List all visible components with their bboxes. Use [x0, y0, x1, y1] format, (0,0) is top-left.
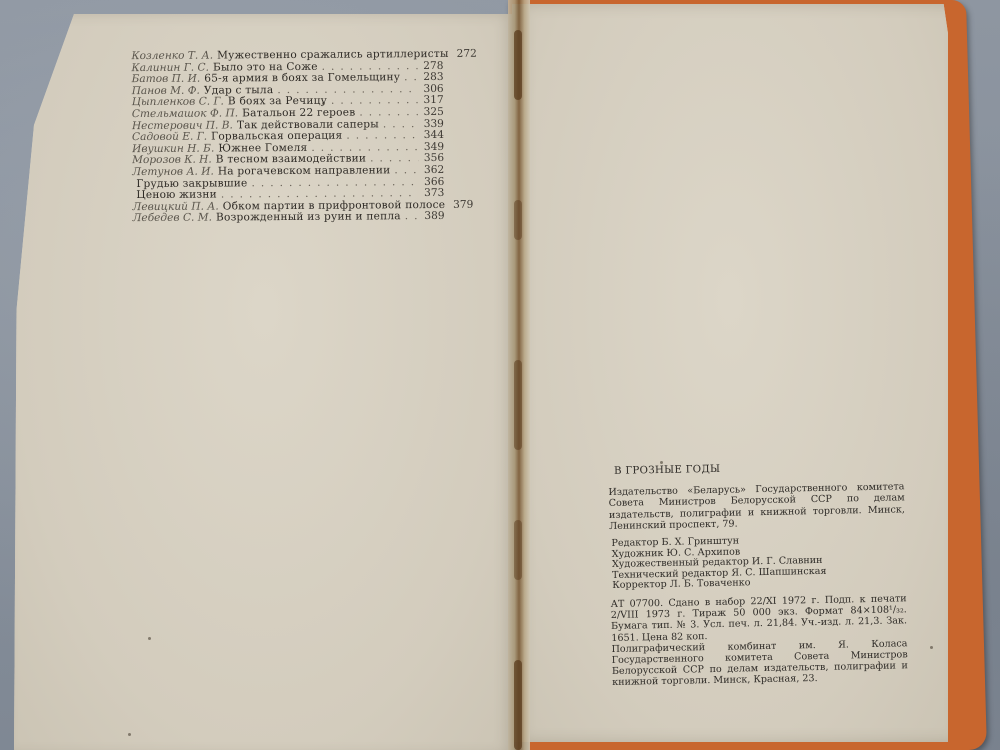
toc-leader [394, 165, 418, 177]
toc-leader [383, 119, 418, 131]
print-info: АТ 07700. Сдано в набор 22/XI 1972 г. По… [611, 593, 908, 643]
printer-info: Полиграфический комбинат им. Я. Коласа Г… [611, 638, 908, 688]
toc-leader [404, 72, 418, 84]
credits-list: Редактор Б. Х. Гринштун Художник Ю. С. А… [609, 533, 906, 592]
toc-leader [346, 130, 418, 142]
spine-tear [514, 360, 522, 450]
spine-tear [514, 520, 522, 580]
toc-title: Возрожденный из руин и пепла [216, 212, 401, 225]
paper-speck [660, 461, 663, 464]
toc-page-number: 389 [423, 211, 445, 223]
table-of-contents: Козленко Т. А.Мужественно сражались арти… [131, 49, 444, 225]
toc-page-number: 362 [422, 165, 444, 177]
publisher-info: Издательство «Беларусь» Государственного… [608, 482, 905, 532]
toc-leader [405, 211, 419, 223]
spine-tear [514, 200, 522, 240]
toc-page-number: 325 [422, 107, 444, 119]
toc-author: Лебедев С. М. [133, 213, 213, 225]
paper-speck [930, 646, 933, 649]
paper-speck [148, 637, 151, 640]
spine-tear [514, 30, 522, 100]
toc-leader [359, 107, 418, 119]
toc-entry: Лебедев С. М.Возрожденный из руин и пепл… [133, 211, 445, 225]
paper-speck [128, 733, 131, 736]
toc-page-number: 379 [453, 199, 473, 211]
toc-page-number: 272 [457, 49, 477, 61]
colophon: В ГРОЗНЫЕ ГОДЫ Издательство «Беларусь» Г… [608, 460, 908, 695]
spine-tear [514, 660, 522, 750]
